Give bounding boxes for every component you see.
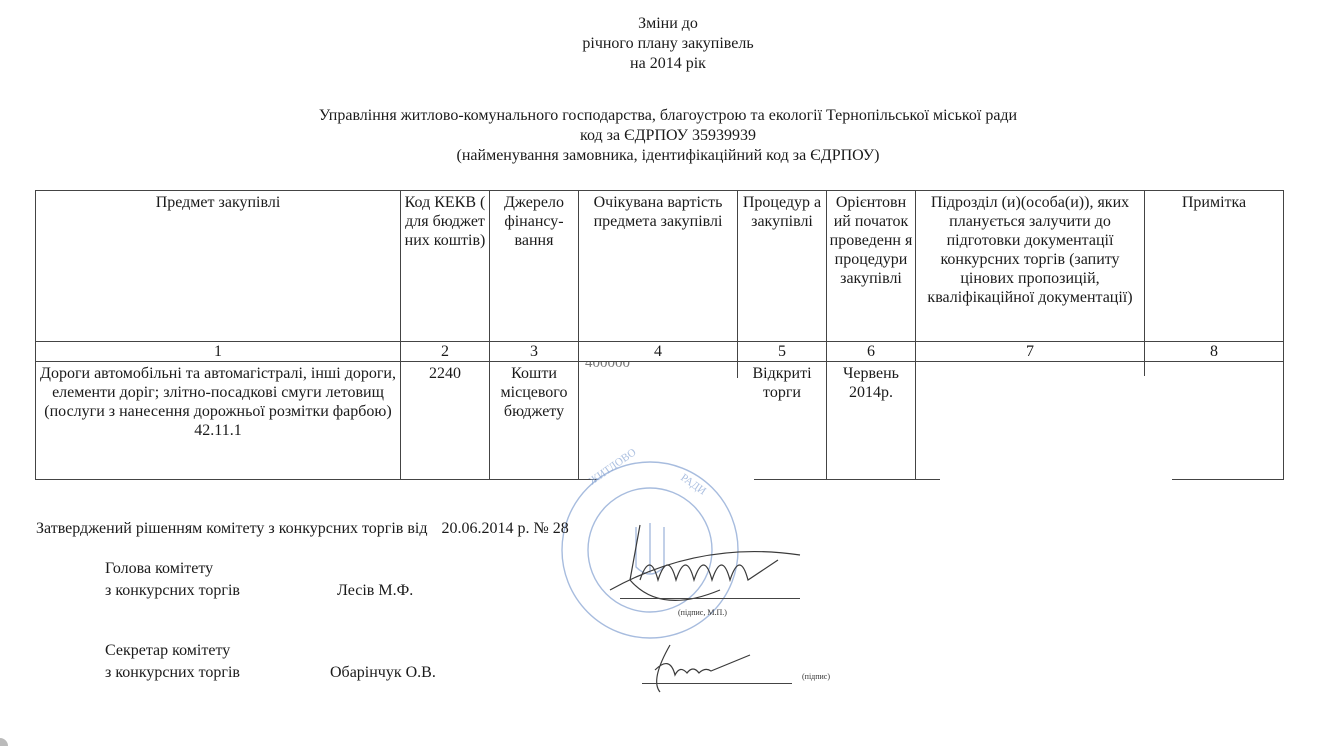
column-header-subject: Предмет закупівлі — [36, 191, 401, 342]
role-line: Секретар комітету — [105, 640, 240, 662]
organization-caption: (найменування замовника, ідентифікаційни… — [0, 146, 1336, 166]
column-number: 8 — [1145, 342, 1284, 362]
chairman-signature-line — [620, 598, 800, 599]
column-number: 2 — [401, 342, 490, 362]
secretary-signature-caption: (підпис) — [802, 672, 830, 681]
organization-block: Управління житлово-комунального господар… — [0, 106, 1336, 166]
title-line: річного плану закупівель — [0, 34, 1336, 54]
title-line: на 2014 рік — [0, 54, 1336, 74]
chairman-signature-icon — [600, 520, 820, 620]
column-header-kekv: Код КЕКВ ( для бюджет них коштів) — [401, 191, 490, 342]
role-line: з конкурсних торгів — [105, 580, 240, 602]
column-header-department: Підрозділ (и)(особа(и)), яких планується… — [916, 191, 1145, 342]
cell-start: Червень 2014р. — [827, 362, 916, 480]
column-header-start: Орієнтовн ий початок проведенн я процеду… — [827, 191, 916, 342]
column-number: 7 — [916, 342, 1145, 362]
scan-corner-mark — [0, 738, 8, 746]
column-number-row: 1 2 3 4 5 6 7 8 — [36, 342, 1284, 362]
column-header-note: Примітка — [1145, 191, 1284, 342]
cell-kekv: 2240 — [401, 362, 490, 480]
role-line: Голова комітету — [105, 558, 240, 580]
column-number: 5 — [738, 342, 827, 362]
column-number: 1 — [36, 342, 401, 362]
title-line: Зміни до — [0, 14, 1336, 34]
chairman-name: Лесів М.Ф. — [337, 580, 413, 602]
role-line: з конкурсних торгів — [105, 662, 240, 684]
chairman-role: Голова комітету з конкурсних торгів — [105, 558, 240, 602]
secretary-signature-line — [642, 683, 792, 684]
column-header-procedure: Процедур а закупівлі — [738, 191, 827, 342]
svg-text:РАДИ: РАДИ — [678, 472, 708, 498]
chairman-signature-caption: (підпис, М.П.) — [678, 608, 727, 617]
redaction-patch — [940, 376, 1172, 496]
approval-date-number: 20.06.2014 р. № 28 — [442, 520, 569, 537]
secretary-name: Обарінчук О.В. — [330, 662, 436, 684]
column-header-source: Джерело фінансу-вання — [490, 191, 579, 342]
approval-line: Затверджений рішенням комітету з конкурс… — [36, 520, 569, 538]
column-number: 6 — [827, 342, 916, 362]
svg-text:ЖИТЛОВО: ЖИТЛОВО — [587, 446, 639, 487]
column-header-expected-value: Очікувана вартість предмета закупівлі — [579, 191, 738, 342]
secretary-role: Секретар комітету з конкурсних торгів — [105, 640, 240, 684]
organization-code: код за ЄДРПОУ 35939939 — [0, 126, 1336, 146]
cell-subject: Дороги автомобільні та автомагістралі, і… — [36, 362, 401, 480]
document-title: Зміни до річного плану закупівель на 201… — [0, 14, 1336, 74]
table-header-row: Предмет закупівлі Код КЕКВ ( для бюджет … — [36, 191, 1284, 342]
secretary-signature-icon — [640, 640, 780, 700]
approval-text: Затверджений рішенням комітету з конкурс… — [36, 520, 428, 537]
organization-name: Управління житлово-комунального господар… — [0, 106, 1336, 126]
expected-value-text: 400000 — [585, 362, 630, 374]
column-number: 4 — [579, 342, 738, 362]
column-number: 3 — [490, 342, 579, 362]
